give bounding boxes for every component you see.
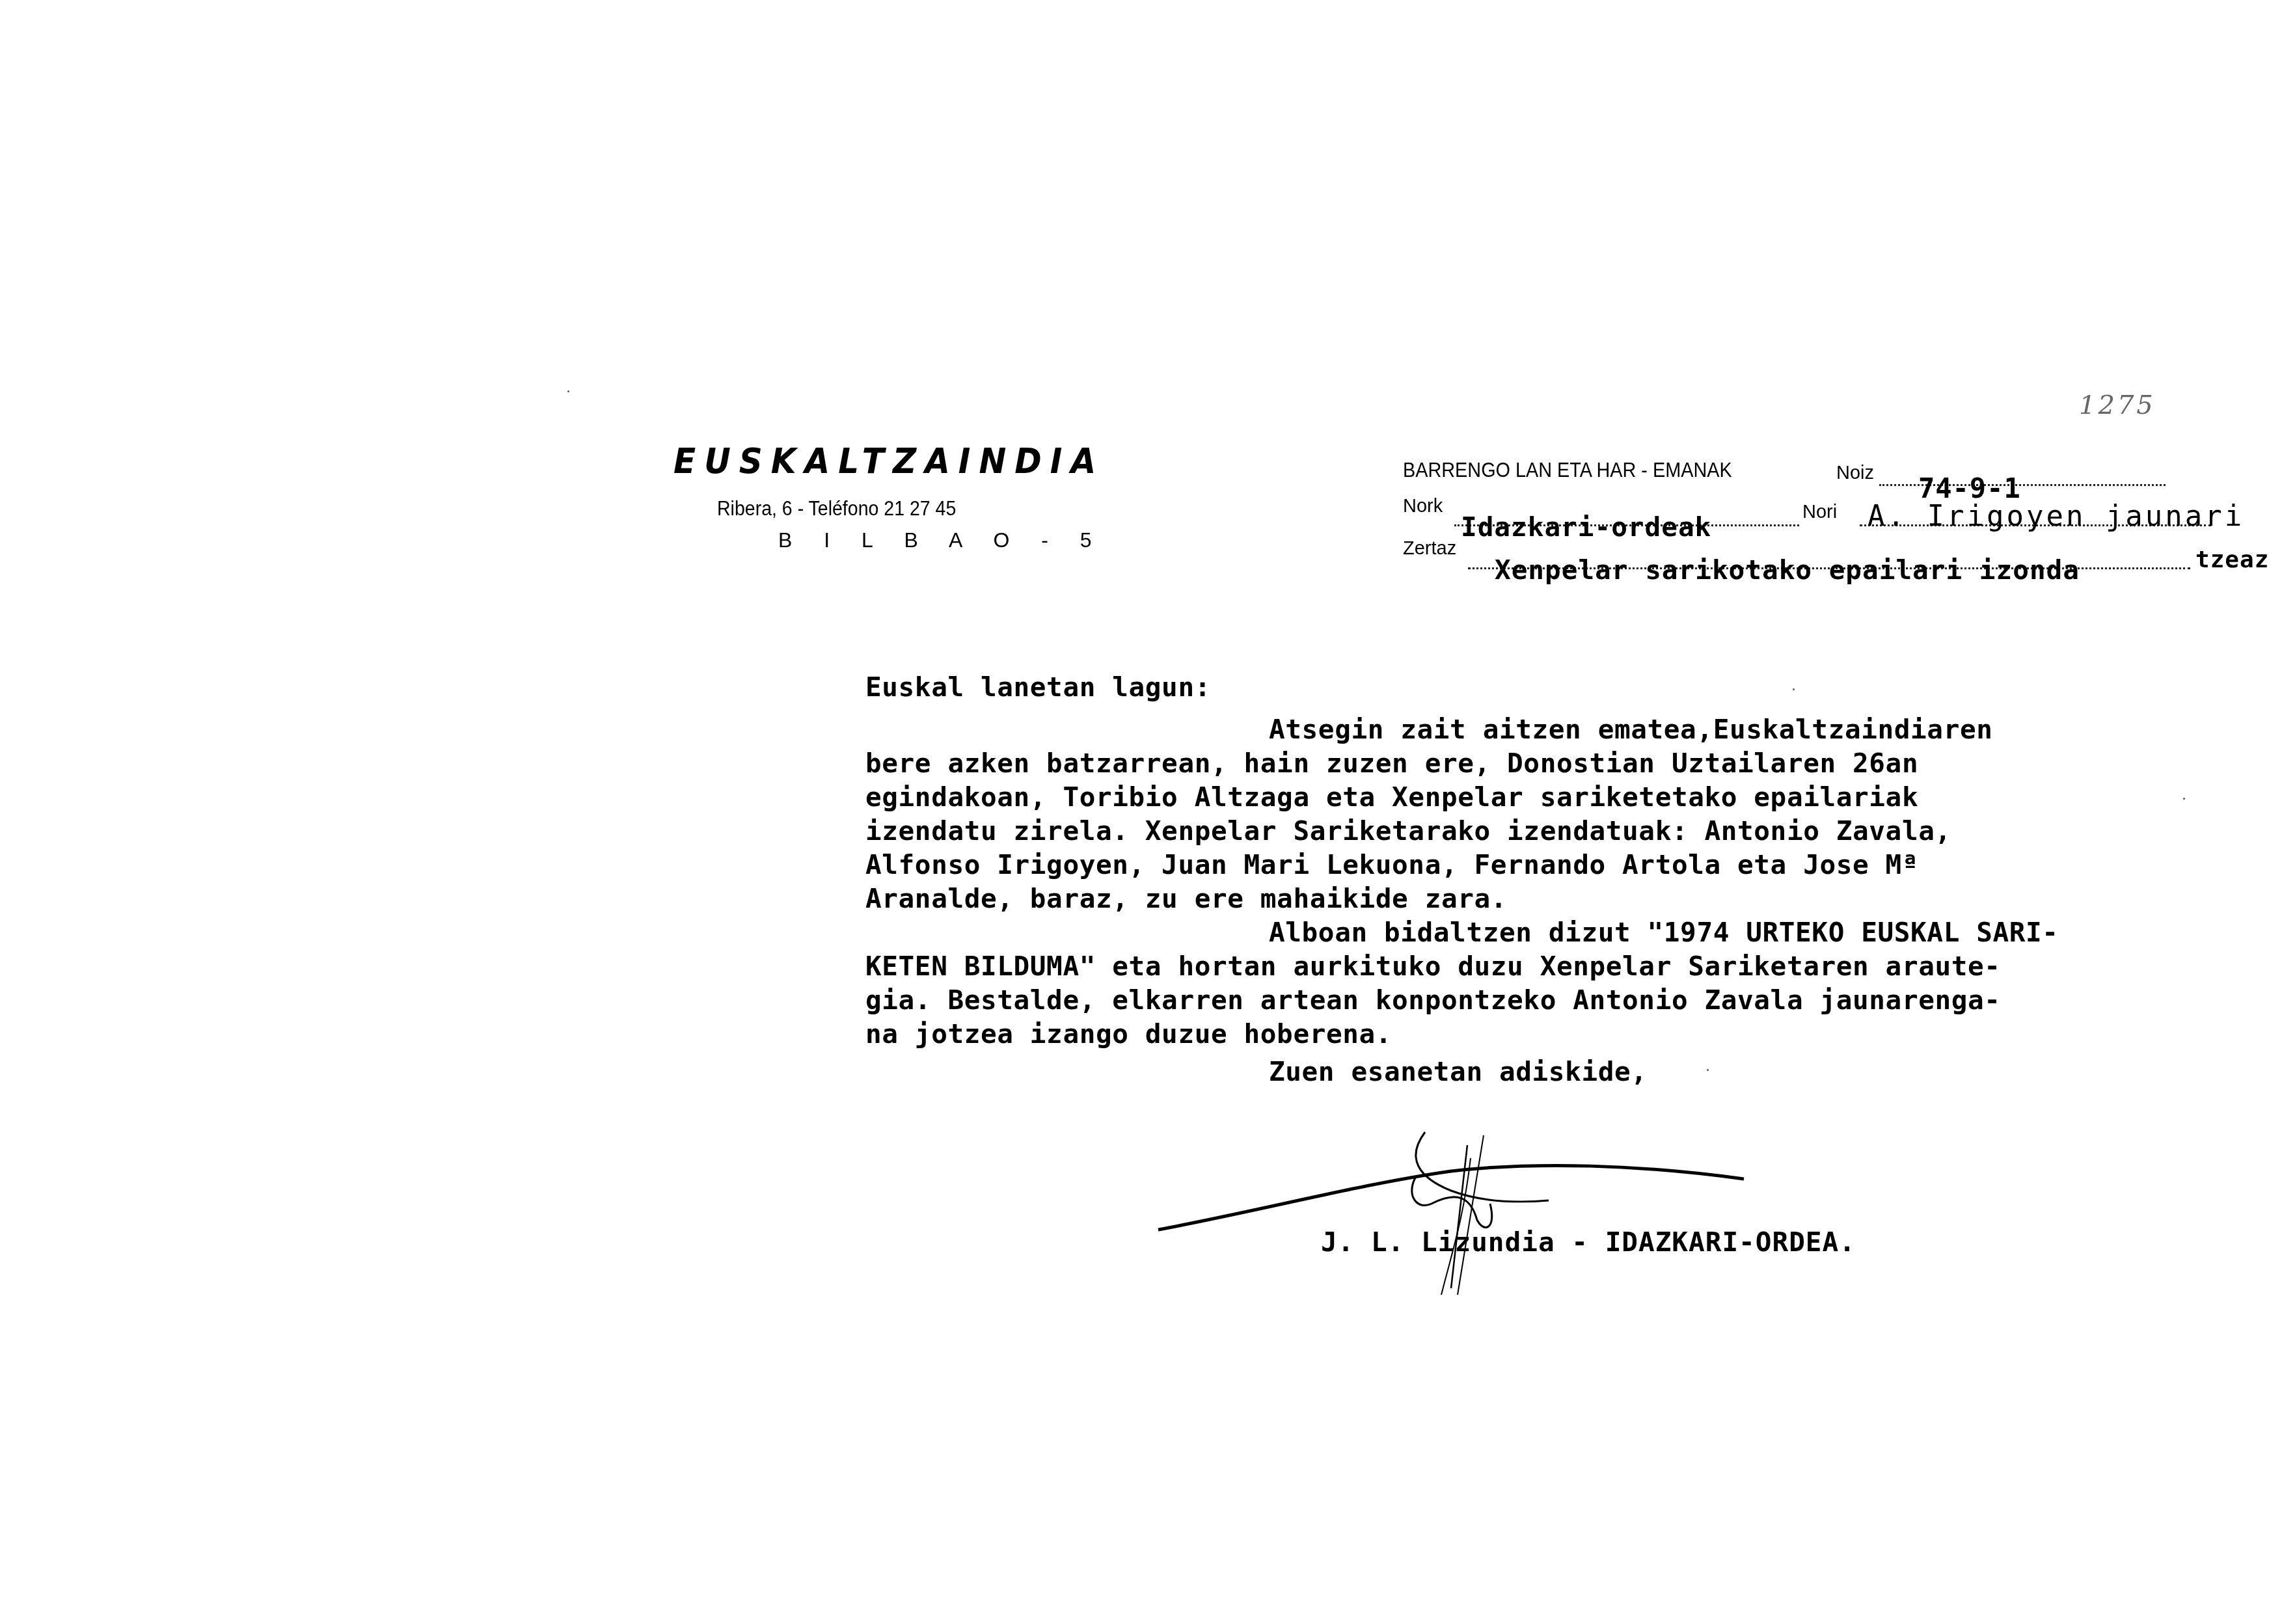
nori-label: Nori <box>1802 502 1837 523</box>
nork-label: Nork <box>1403 496 1443 517</box>
archive-number-mark: 1275 <box>2079 390 2156 420</box>
zertaz-continuation: tzeaz <box>2195 547 2269 573</box>
scan-speck <box>1707 1069 1709 1071</box>
letter-line: KETEN BILDUMA" eta hortan aurkituko duzu… <box>865 949 2001 983</box>
form-heading: BARRENGO LAN ETA HAR - EMANAK <box>1403 459 1732 482</box>
letter-line: Aranalde, baraz, zu ere mahaikide zara. <box>865 882 1507 915</box>
letter-salutation: Euskal lanetan lagun: <box>865 670 1211 704</box>
zertaz-value: Xenpelar sarikotako epailari izonda <box>1495 554 2080 586</box>
organization-city: B I L B A O - 5 <box>778 528 1105 552</box>
nori-value: A. Irigoyen jaunari <box>1868 500 2244 533</box>
organization-name: EUSKALTZAINDIA <box>673 442 1104 481</box>
noiz-label: Noiz <box>1836 463 1874 484</box>
letter-line: Atsegin zait aitzen ematea,Euskaltzaindi… <box>1269 712 1993 746</box>
letter-line: Alfonso Irigoyen, Juan Mari Lekuona, Fer… <box>865 848 1918 882</box>
organization-address: Ribera, 6 - Teléfono 21 27 45 <box>717 497 956 521</box>
letter-line: Alboan bidaltzen dizut "1974 URTEKO EUSK… <box>1269 915 2059 949</box>
handwritten-signature <box>1145 1106 1796 1301</box>
letter-line: na jotzea izango duzue hoberena. <box>865 1017 1392 1051</box>
letter-line: bere azken batzarrean, hain zuzen ere, D… <box>865 746 1918 780</box>
letter-line: egindakoan, Toribio Altzaga eta Xenpelar… <box>865 780 1918 814</box>
letter-line: Zuen esanetan adiskide, <box>1269 1055 1648 1089</box>
scan-speck <box>567 390 569 392</box>
letter-line: izendatu zirela. Xenpelar Sariketarako i… <box>865 814 1951 848</box>
scan-speck <box>1793 688 1795 690</box>
letter-line: gia. Bestalde, elkarren artean konpontze… <box>865 983 2001 1017</box>
scan-speck <box>2183 798 2185 800</box>
zertaz-label: Zertaz <box>1403 538 1456 560</box>
nork-value: Idazkari-ordeak <box>1461 511 1711 543</box>
signatory-name: J. L. Lizundia - IDAZKARI-ORDEA. <box>1321 1226 1856 1258</box>
